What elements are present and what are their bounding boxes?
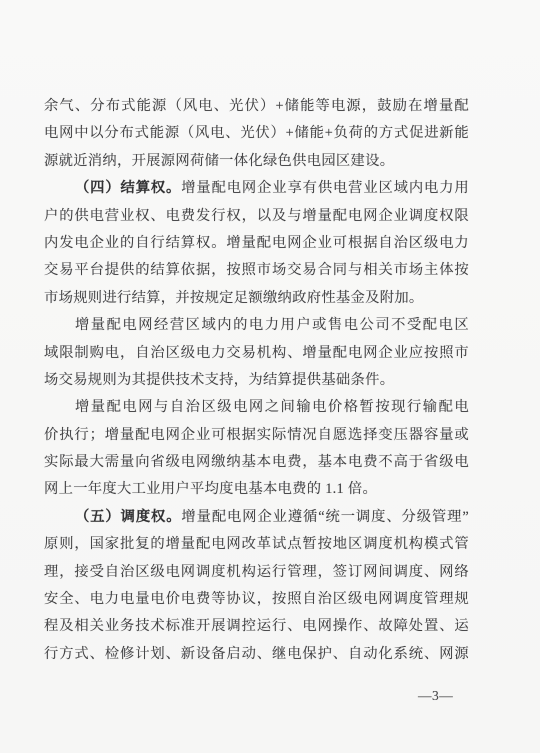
document-line: 交易平台提供的结算依据，按照市场交易合同与相关市场主体按 (44, 257, 469, 284)
document-line: 程及相关业务技术标准开展调控运行、电网操作、故障处置、运 (44, 613, 469, 640)
document-line: 户的供电营业权、电费发行权，以及与增量配电网企业调度权限 (44, 203, 469, 230)
section-heading: （四）结算权。 (75, 180, 181, 196)
document-page: 余气、分布式能源（风电、光伏）+储能等电源，鼓励在增量配电网中以分布式能源（风电… (0, 0, 540, 753)
document-line: （五）调度权。增量配电网企业遵循“统一调度、分级管理” (44, 504, 469, 531)
document-line: 内发电企业的自行结算权。增量配电网企业可根据自治区级电力 (44, 230, 469, 257)
document-line: 增量配电网与自治区级电网之间输电价格暂按现行输配电 (44, 394, 469, 421)
document-line: 源就近消纳，开展源网荷储一体化绿色供电园区建设。 (44, 148, 469, 175)
document-line: 市场规则进行结算，并按规定足额缴纳政府性基金及附加。 (44, 285, 469, 312)
document-line: （四）结算权。增量配电网企业享有供电营业区域内电力用 (44, 175, 469, 202)
document-line: 余气、分布式能源（风电、光伏）+储能等电源，鼓励在增量配 (44, 93, 469, 120)
document-line: 行方式、检修计划、新设备启动、继电保护、自动化系统、网源 (44, 641, 469, 668)
document-line: 理，接受自治区级电网调度机构运行管理，签订网间调度、网络 (44, 559, 469, 586)
document-line: 网上一年度大工业用户平均度电基本电费的 1.1 倍。 (44, 476, 469, 503)
document-line: 域限制购电，自治区级电力交易机构、增量配电网企业应按照市 (44, 340, 469, 367)
section-heading: （五）调度权。 (75, 509, 181, 525)
document-line: 场交易规则为其提供技术支持，为结算提供基础条件。 (44, 367, 469, 394)
page-number: —3— (418, 688, 453, 704)
document-line: 价执行；增量配电网企业可根据实际情况自愿选择变压器容量或 (44, 422, 469, 449)
document-line: 实际最大需量向省级电网缴纳基本电费，基本电费不高于省级电 (44, 449, 469, 476)
document-line: 原则，国家批复的增量配电网改革试点暂按地区调度机构模式管 (44, 531, 469, 558)
document-body: 余气、分布式能源（风电、光伏）+储能等电源，鼓励在增量配电网中以分布式能源（风电… (44, 93, 469, 668)
document-line: 安全、电力电量电价电费等协议，按照自治区级电网调度管理规 (44, 586, 469, 613)
document-line: 电网中以分布式能源（风电、光伏）+储能+负荷的方式促进新能 (44, 120, 469, 147)
document-line: 增量配电网经营区域内的电力用户或售电公司不受配电区 (44, 312, 469, 339)
